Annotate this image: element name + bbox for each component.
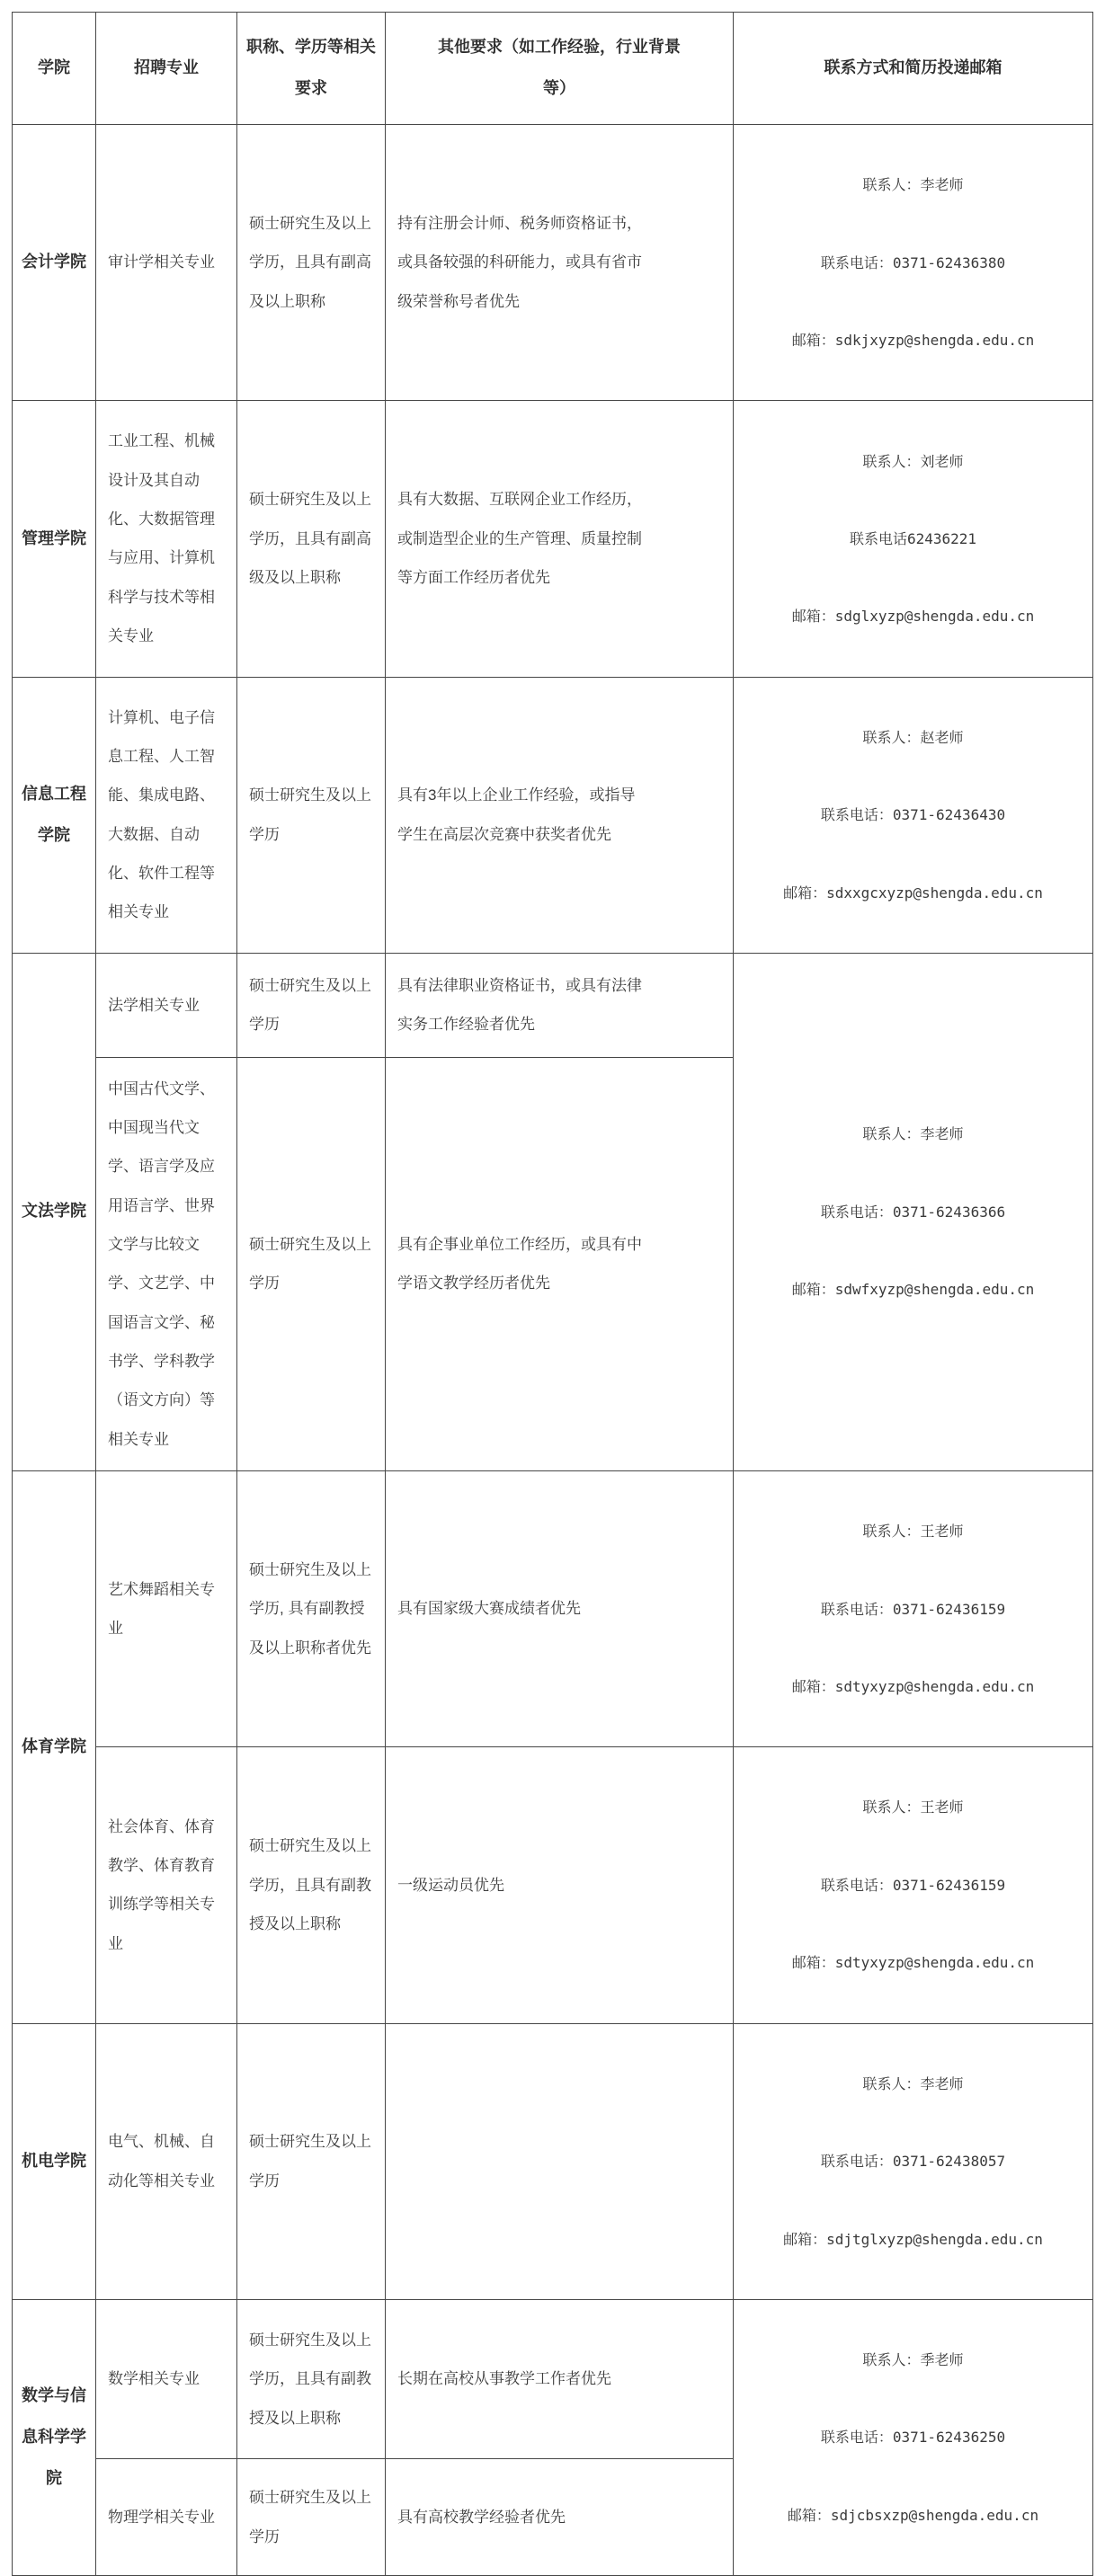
- contact-phone: 联系电话：0371-62436250: [737, 2418, 1089, 2456]
- table-row: 机电学院 电气、机械、自 动化等相关专业 硕士研究生及以上 学历 联系人：李老师…: [13, 2023, 1093, 2299]
- contact-email: 邮箱：sdtyxyzp@shengda.edu.cn: [737, 1943, 1089, 1982]
- contact-person: 联系人：王老师: [737, 1512, 1089, 1550]
- major-cell: 审计学相关专业: [96, 125, 237, 401]
- contact-phone: 联系电话：0371-62436159: [737, 1590, 1089, 1629]
- header-major: 招聘专业: [96, 13, 237, 125]
- contact-cell: 联系人：王老师 联系电话：0371-62436159 邮箱：sdtyxyzp@s…: [734, 1470, 1093, 1746]
- contact-person: 联系人：王老师: [737, 1788, 1089, 1826]
- other-requirement-cell: 一级运动员优先: [386, 1747, 734, 2023]
- major-cell: 计算机、电子信 息工程、人工智 能、集成电路、 大数据、自动 化、软件工程等 相…: [96, 677, 237, 953]
- contact-email: 邮箱：sdjtglxyzp@shengda.edu.cn: [737, 2220, 1089, 2259]
- requirement-cell: 硕士研究生及以上 学历，且具有副高 级及以上职称: [237, 401, 386, 677]
- table-row: 社会体育、体育 教学、体育教育 训练学等相关专 业 硕士研究生及以上 学历，且具…: [13, 1747, 1093, 2023]
- header-contact: 联系方式和简历投递邮箱: [734, 13, 1093, 125]
- contact-person: 联系人：季老师: [737, 2341, 1089, 2379]
- major-cell: 数学相关专业: [96, 2299, 237, 2458]
- college-cell: 数学与信 息科学学 院: [13, 2299, 96, 2575]
- college-cell: 信息工程 学院: [13, 677, 96, 953]
- other-requirement-cell: 具有3年以上企业工作经验，或指导 学生在高层次竞赛中获奖者优先: [386, 677, 734, 953]
- header-row: 学院 招聘专业 职称、学历等相关 要求 其他要求（如工作经验，行业背景 等） 联…: [13, 13, 1093, 125]
- contact-email: 邮箱：sdxxgcxyzp@shengda.edu.cn: [737, 874, 1089, 912]
- contact-cell: 联系人：季老师 联系电话：0371-62436250 邮箱：sdjcbsxzp@…: [734, 2299, 1093, 2575]
- contact-phone: 联系电话：0371-62436380: [737, 244, 1089, 282]
- header-college: 学院: [13, 13, 96, 125]
- contact-phone: 联系电话：0371-62436159: [737, 1866, 1089, 1905]
- other-requirement-cell: 具有国家级大赛成绩者优先: [386, 1470, 734, 1746]
- contact-email: 邮箱：sdkjxyzp@shengda.edu.cn: [737, 321, 1089, 360]
- contact-phone: 联系电话：0371-62436366: [737, 1193, 1089, 1231]
- contact-cell: 联系人：刘老师 联系电话62436221 邮箱：sdglxyzp@shengda…: [734, 401, 1093, 677]
- requirement-cell: 硕士研究生及以上 学历: [237, 2458, 386, 2575]
- header-requirement: 职称、学历等相关 要求: [237, 13, 386, 125]
- contact-cell: 联系人：赵老师 联系电话：0371-62436430 邮箱：sdxxgcxyzp…: [734, 677, 1093, 953]
- other-requirement-cell: [386, 2023, 734, 2299]
- other-requirement-cell: 具有企事业单位工作经历，或具有中 学语文教学经历者优先: [386, 1057, 734, 1470]
- major-cell: 中国古代文学、 中国现当代文 学、语言学及应 用语言学、世界 文学与比较文 学、…: [96, 1057, 237, 1470]
- contact-person: 联系人：李老师: [737, 165, 1089, 204]
- college-cell: 管理学院: [13, 401, 96, 677]
- requirement-cell: 硕士研究生及以上 学历，且具有副教 授及以上职称: [237, 2299, 386, 2458]
- contact-email: 邮箱：sdwfxyzp@shengda.edu.cn: [737, 1270, 1089, 1309]
- major-cell: 电气、机械、自 动化等相关专业: [96, 2023, 237, 2299]
- table-row: 文法学院 法学相关专业 硕士研究生及以上 学历 具有法律职业资格证书，或具有法律…: [13, 953, 1093, 1057]
- contact-cell: 联系人：李老师 联系电话：0371-62436366 邮箱：sdwfxyzp@s…: [734, 953, 1093, 1470]
- other-requirement-cell: 具有法律职业资格证书，或具有法律 实务工作经验者优先: [386, 953, 734, 1057]
- major-cell: 物理学相关专业: [96, 2458, 237, 2575]
- contact-phone: 联系电话：0371-62436430: [737, 795, 1089, 834]
- table-row: 体育学院 艺术舞蹈相关专 业 硕士研究生及以上 学历, 具有副教授 及以上职称者…: [13, 1470, 1093, 1746]
- contact-cell: 联系人：王老师 联系电话：0371-62436159 邮箱：sdtyxyzp@s…: [734, 1747, 1093, 2023]
- table-row: 信息工程 学院 计算机、电子信 息工程、人工智 能、集成电路、 大数据、自动 化…: [13, 677, 1093, 953]
- table-row: 会计学院 审计学相关专业 硕士研究生及以上 学历，且具有副高 及以上职称 持有注…: [13, 125, 1093, 401]
- contact-phone: 联系电话62436221: [737, 520, 1089, 558]
- other-requirement-cell: 持有注册会计师、税务师资格证书， 或具备较强的科研能力，或具有省市 级荣誉称号者…: [386, 125, 734, 401]
- header-other-requirement: 其他要求（如工作经验，行业背景 等）: [386, 13, 734, 125]
- major-cell: 社会体育、体育 教学、体育教育 训练学等相关专 业: [96, 1747, 237, 2023]
- college-cell: 机电学院: [13, 2023, 96, 2299]
- major-cell: 工业工程、机械 设计及其自动 化、大数据管理 与应用、计算机 科学与技术等相 关…: [96, 401, 237, 677]
- college-cell: 文法学院: [13, 953, 96, 1470]
- requirement-cell: 硕士研究生及以上 学历, 具有副教授 及以上职称者优先: [237, 1470, 386, 1746]
- contact-person: 联系人：刘老师: [737, 442, 1089, 481]
- other-requirement-cell: 具有大数据、互联网企业工作经历， 或制造型企业的生产管理、质量控制 等方面工作经…: [386, 401, 734, 677]
- college-cell: 会计学院: [13, 125, 96, 401]
- requirement-cell: 硕士研究生及以上 学历: [237, 2023, 386, 2299]
- contact-email: 邮箱：sdtyxyzp@shengda.edu.cn: [737, 1667, 1089, 1706]
- contact-email: 邮箱：sdglxyzp@shengda.edu.cn: [737, 597, 1089, 635]
- recruitment-table: 学院 招聘专业 职称、学历等相关 要求 其他要求（如工作经验，行业背景 等） 联…: [12, 12, 1093, 2576]
- contact-person: 联系人：李老师: [737, 2065, 1089, 2103]
- contact-cell: 联系人：李老师 联系电话：0371-62438057 邮箱：sdjtglxyzp…: [734, 2023, 1093, 2299]
- table-row: 管理学院 工业工程、机械 设计及其自动 化、大数据管理 与应用、计算机 科学与技…: [13, 401, 1093, 677]
- contact-person: 联系人：李老师: [737, 1115, 1089, 1153]
- contact-cell: 联系人：李老师 联系电话：0371-62436380 邮箱：sdkjxyzp@s…: [734, 125, 1093, 401]
- major-cell: 法学相关专业: [96, 953, 237, 1057]
- college-cell: 体育学院: [13, 1470, 96, 2023]
- page: 学院 招聘专业 职称、学历等相关 要求 其他要求（如工作经验，行业背景 等） 联…: [0, 0, 1105, 2037]
- requirement-cell: 硕士研究生及以上 学历: [237, 1057, 386, 1470]
- major-cell: 艺术舞蹈相关专 业: [96, 1470, 237, 1746]
- table-row: 数学与信 息科学学 院 数学相关专业 硕士研究生及以上 学历，且具有副教 授及以…: [13, 2299, 1093, 2458]
- contact-phone: 联系电话：0371-62438057: [737, 2142, 1089, 2181]
- requirement-cell: 硕士研究生及以上 学历: [237, 677, 386, 953]
- requirement-cell: 硕士研究生及以上 学历，且具有副教 授及以上职称: [237, 1747, 386, 2023]
- requirement-cell: 硕士研究生及以上 学历: [237, 953, 386, 1057]
- contact-email: 邮箱：sdjcbsxzp@shengda.edu.cn: [737, 2496, 1089, 2535]
- other-requirement-cell: 具有高校教学经验者优先: [386, 2458, 734, 2575]
- other-requirement-cell: 长期在高校从事教学工作者优先: [386, 2299, 734, 2458]
- contact-person: 联系人：赵老师: [737, 718, 1089, 757]
- requirement-cell: 硕士研究生及以上 学历，且具有副高 及以上职称: [237, 125, 386, 401]
